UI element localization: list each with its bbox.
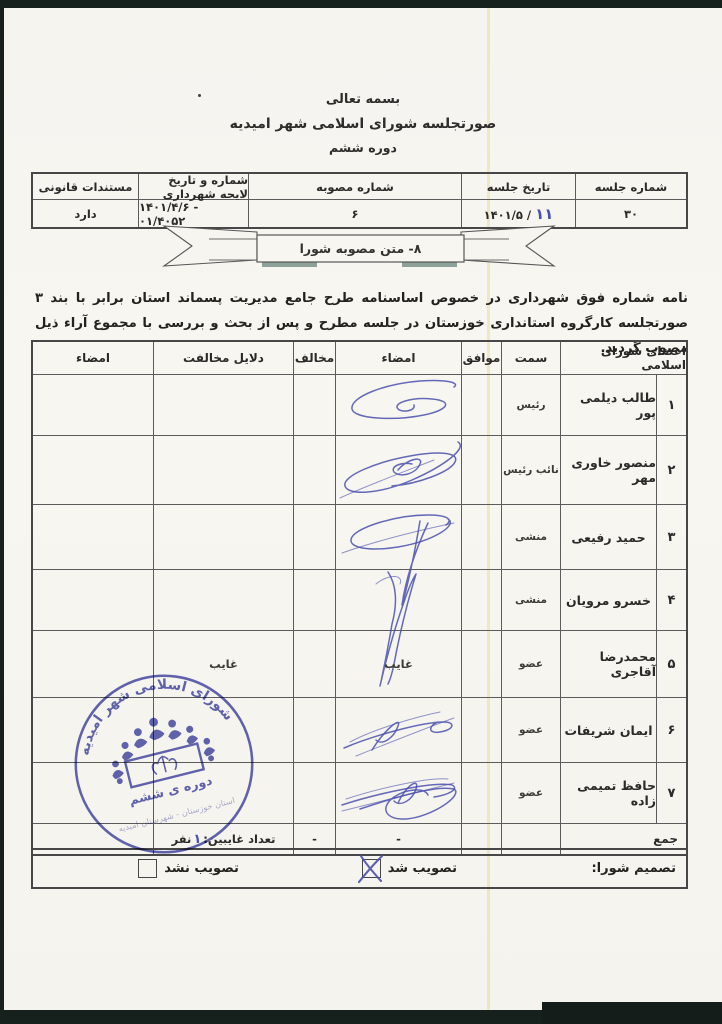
against-cell — [293, 570, 335, 630]
against-cell — [293, 698, 335, 762]
ribbon-shadow-left — [262, 262, 317, 267]
stamp-people-emblem — [101, 705, 217, 785]
signature2-cell — [33, 375, 153, 435]
member-name: حمید رفیعی — [560, 505, 656, 569]
row-number: ۱ — [656, 375, 686, 435]
agree-cell — [461, 631, 501, 697]
check-x-mark — [363, 860, 380, 877]
table-row: ۴ خسرو مرویان منشی — [33, 570, 686, 631]
signature2-cell — [33, 505, 153, 569]
row-number: ۳ — [656, 505, 686, 569]
resolution-section-title: ۸- متن مصوبه شورا — [257, 236, 464, 262]
member-name: طالب دیلمی پور — [560, 375, 656, 435]
header-agree: موافق — [461, 342, 501, 374]
header-against: مخالف — [293, 342, 335, 374]
reason-cell — [153, 436, 293, 504]
signature-cell — [335, 698, 461, 762]
header-legal-docs: مستندات قانونی — [33, 174, 138, 199]
header-members: اعضای شورای اسلامی — [560, 342, 686, 374]
signature-cell — [335, 375, 461, 435]
reason-cell — [153, 375, 293, 435]
member-name: محمدرضا آقاجری — [560, 631, 656, 697]
term-text: دوره ششم — [4, 136, 722, 160]
signature-scribble — [336, 763, 462, 823]
member-position: عضو — [501, 763, 560, 823]
header-resolution-no: شماره مصوبه — [248, 174, 461, 199]
agree-cell — [461, 505, 501, 569]
session-no-value: ۳۰ — [575, 200, 686, 227]
member-name: حافظ تمیمی زاده — [560, 763, 656, 823]
against-cell — [293, 436, 335, 504]
reason-cell — [153, 570, 293, 630]
member-position: منشی — [501, 570, 560, 630]
against-cell — [293, 375, 335, 435]
bismillah-text: بسمه تعالی — [4, 88, 722, 112]
against-cell — [293, 631, 335, 697]
signature-cell — [335, 436, 461, 504]
document-header: بسمه تعالی صورتجلسه شورای اسلامی شهر امی… — [4, 88, 722, 160]
agree-cell — [461, 375, 501, 435]
legal-docs-value: دارد — [33, 200, 138, 227]
signature-cell-absent: غایب — [335, 631, 461, 697]
signature-scribble — [336, 698, 462, 762]
header-bill-no-date: شماره و تاریخ لایحه شهرداری — [138, 174, 248, 199]
member-position: رئیس — [501, 375, 560, 435]
signature-scribble — [336, 436, 462, 504]
scan-corner-shadow — [542, 1002, 722, 1024]
reason-cell — [153, 505, 293, 569]
signature-scribble — [336, 505, 462, 569]
document-page: بسمه تعالی صورتجلسه شورای اسلامی شهر امی… — [4, 8, 722, 1010]
table-row: ۲ منصور خاوری مهر نائب رئیس — [33, 436, 686, 505]
approved-option: تصویب شد — [362, 859, 457, 878]
member-name: منصور خاوری مهر — [560, 436, 656, 504]
against-cell — [293, 505, 335, 569]
row-number: ۴ — [656, 570, 686, 630]
header-session-no: شماره جلسه — [575, 174, 686, 199]
member-name: خسرو مرویان — [560, 570, 656, 630]
signature-cell — [335, 763, 461, 823]
header-signature2: امضاء — [33, 342, 153, 374]
approved-label: تصویب شد — [388, 861, 457, 876]
row-number: ۷ — [656, 763, 686, 823]
decision-label: تصمیم شورا: — [591, 861, 686, 876]
signature2-cell — [33, 436, 153, 504]
header-signature: امضاء — [335, 342, 461, 374]
member-position: عضو — [501, 698, 560, 762]
stamp-iran-emblem — [150, 753, 177, 774]
agree-cell — [461, 570, 501, 630]
signature-cell — [335, 570, 461, 630]
agree-cell — [461, 436, 501, 504]
approved-checkbox — [362, 859, 381, 878]
table-row: ۱ طالب دیلمی پور رئیس — [33, 375, 686, 436]
signature-scribble — [336, 570, 462, 630]
against-cell — [293, 763, 335, 823]
header-reasons: دلایل مخالفت — [153, 342, 293, 374]
signature-cell — [335, 505, 461, 569]
row-number: ۶ — [656, 698, 686, 762]
members-header-row: اعضای شورای اسلامی سمت موافق امضاء مخالف… — [33, 342, 686, 375]
signature2-cell — [33, 570, 153, 630]
agree-cell — [461, 698, 501, 762]
ribbon-shadow-right — [402, 262, 457, 267]
table-row: ۳ حمید رفیعی منشی — [33, 505, 686, 570]
signature-scribble — [336, 375, 462, 435]
member-position: منشی — [501, 505, 560, 569]
row-number: ۲ — [656, 436, 686, 504]
member-position: نائب رئیس — [501, 436, 560, 504]
header-position: سمت — [501, 342, 560, 374]
header-session-date: تاریخ جلسه — [461, 174, 575, 199]
info-header-row: شماره جلسه تاریخ جلسه شماره مصوبه شماره … — [33, 174, 686, 200]
member-name: ایمان شریفات — [560, 698, 656, 762]
page-title: صورتجلسه شورای اسلامی شهر امیدیه — [4, 112, 722, 136]
rejected-label: تصویب نشد — [164, 861, 239, 876]
agree-cell — [461, 763, 501, 823]
row-number: ۵ — [656, 631, 686, 697]
member-position: عضو — [501, 631, 560, 697]
